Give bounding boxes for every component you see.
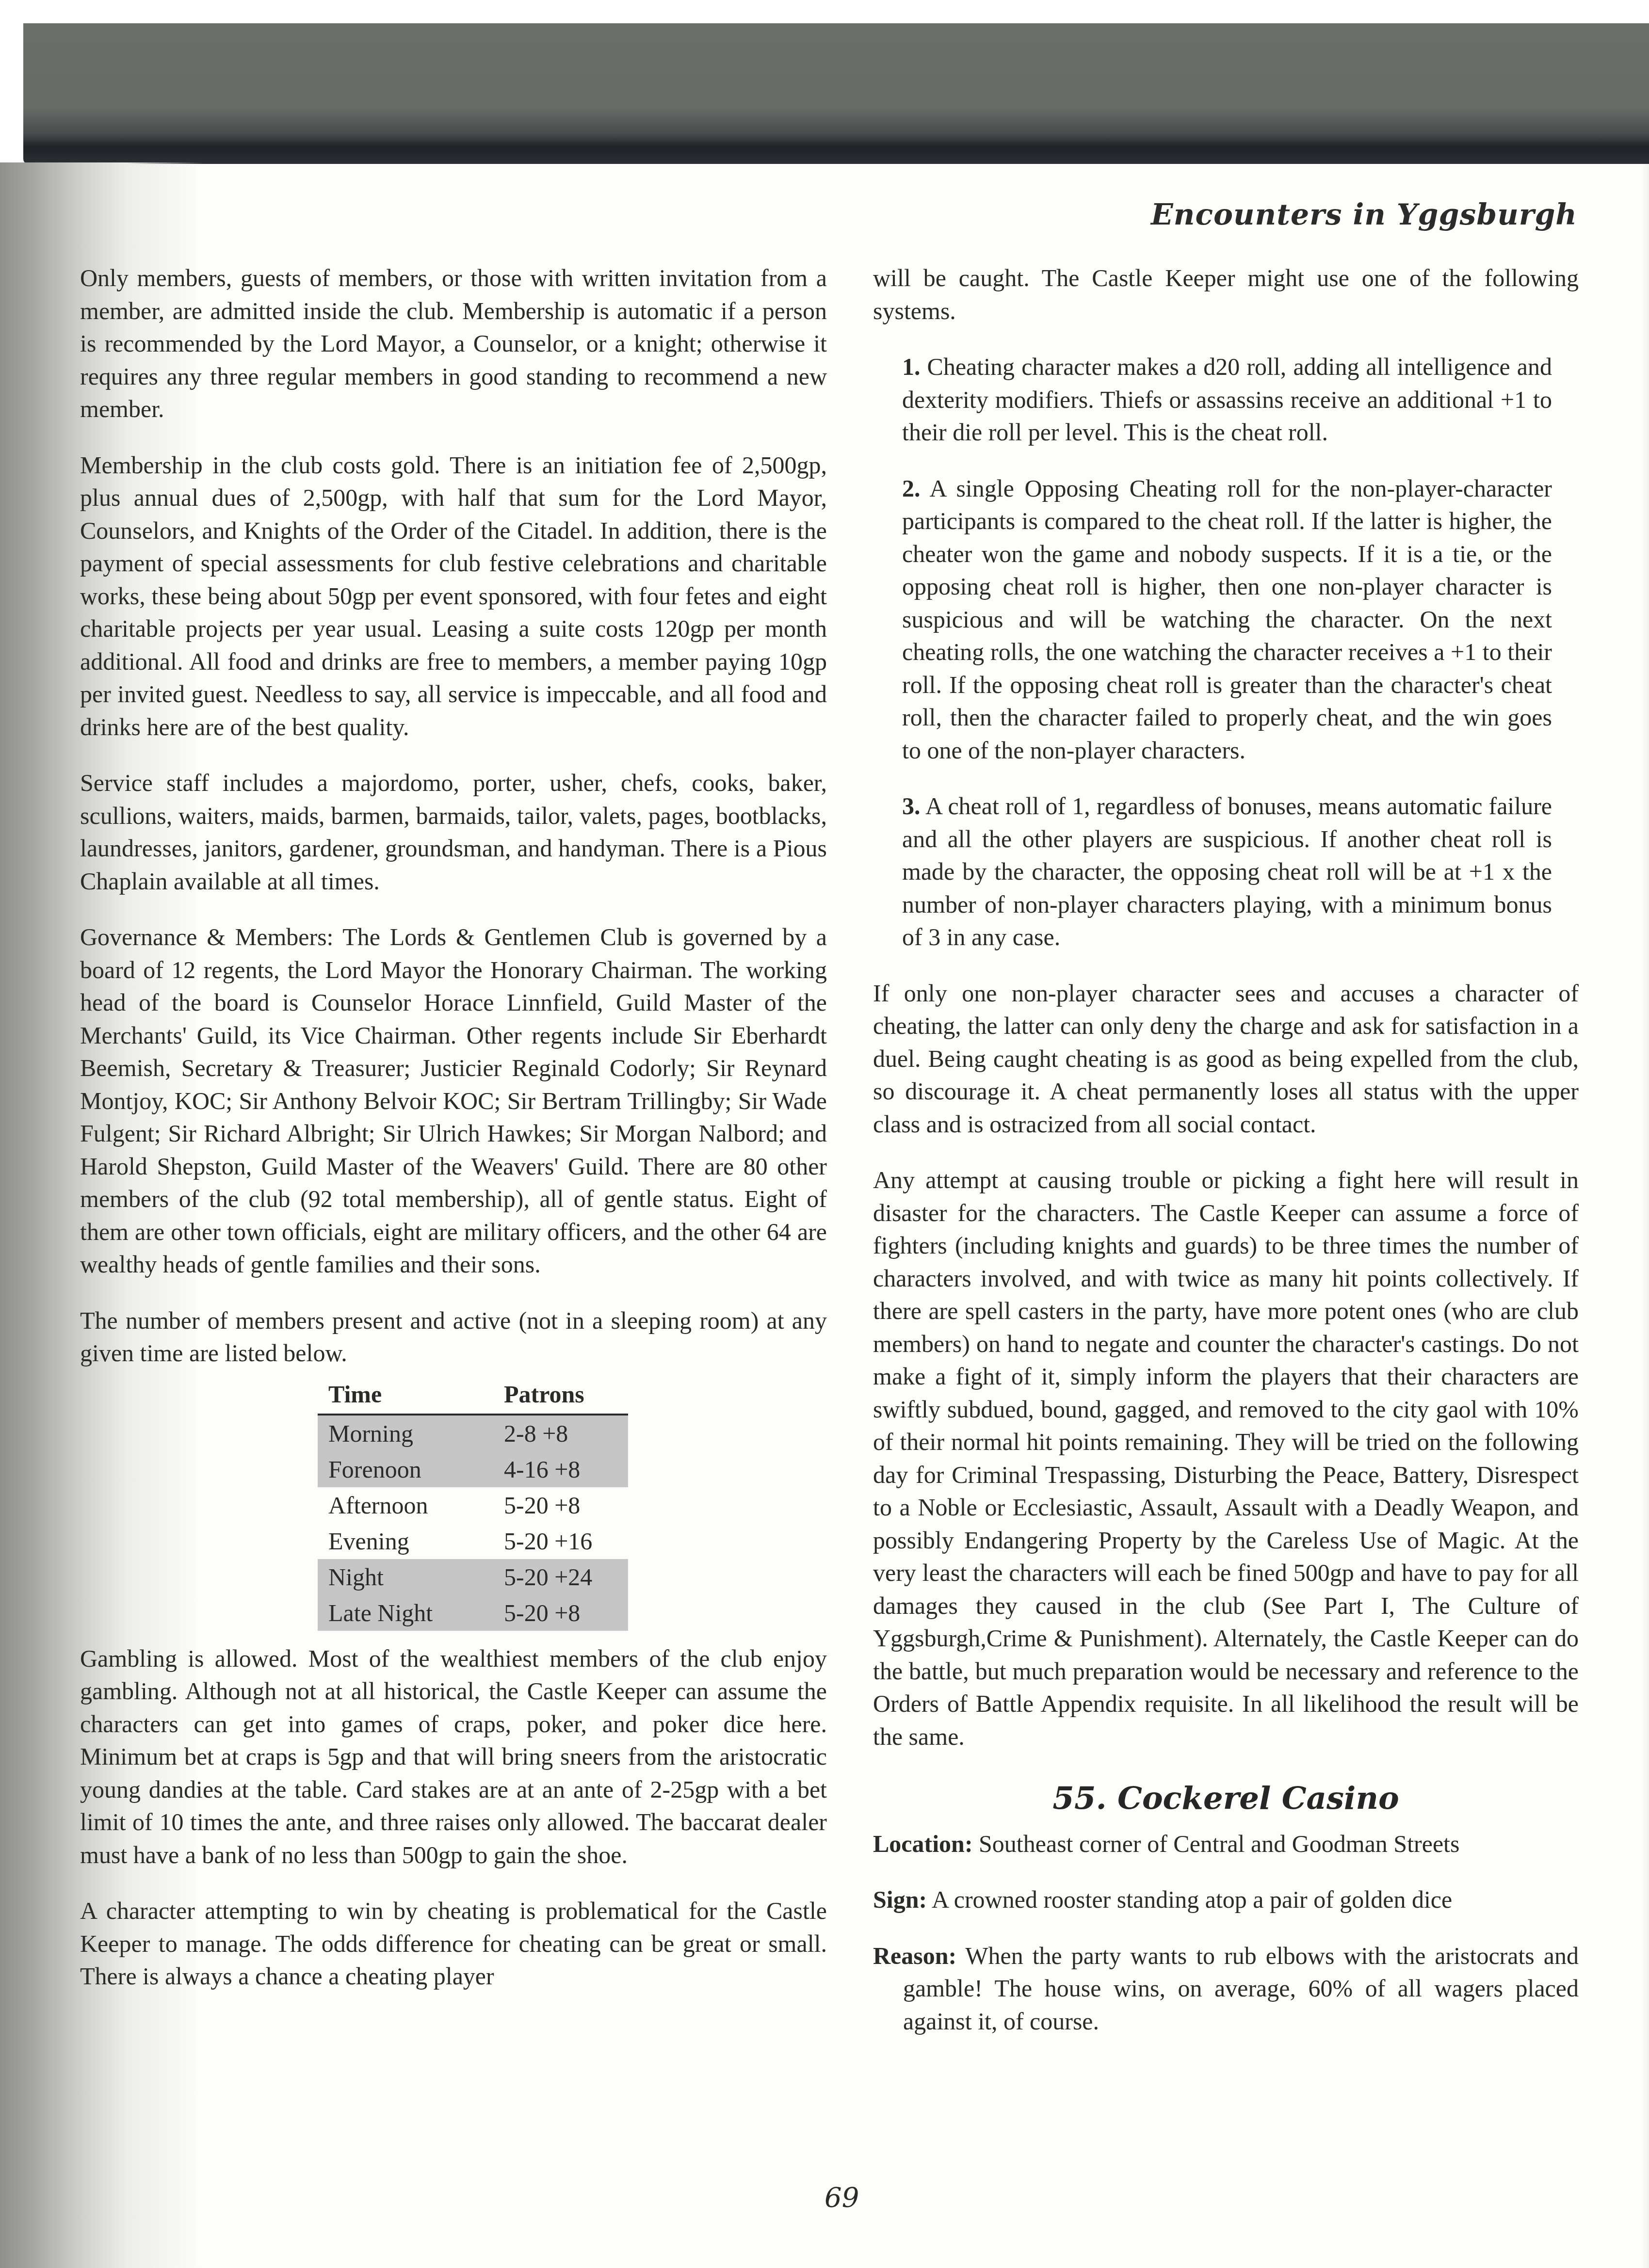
sign-value: A crowned rooster standing atop a pair o… [932, 1886, 1452, 1913]
paragraph-cheating-intro: A character attempting to win by cheatin… [80, 1895, 827, 1993]
cell-patrons: 5-20 +8 [493, 1487, 628, 1523]
column-header-time: Time [318, 1380, 493, 1415]
patrons-table-container: Time Patrons Morning 2-8 +8 Forenoon 4-1… [318, 1380, 628, 1631]
paragraph-admission: Only members, guests of members, or thos… [80, 262, 827, 426]
section-heading: 55. Cockerel Casino [873, 1782, 1579, 1815]
running-head: Encounters in Yggsburgh [1151, 198, 1577, 232]
list-item-text: A single Opposing Cheating roll for the … [902, 475, 1552, 764]
list-item: 1. Cheating character makes a d20 roll, … [902, 351, 1552, 449]
reason-label: Reason: [873, 1942, 956, 1969]
location-field: Location: Southeast corner of Central an… [873, 1828, 1579, 1861]
left-column: Only members, guests of members, or thos… [80, 262, 827, 2016]
list-item-text: A cheat roll of 1, regardless of bonuses… [902, 792, 1552, 950]
page-edge [1641, 162, 1649, 2268]
cell-time: Morning [318, 1415, 493, 1451]
cheating-systems-list: 1. Cheating character makes a d20 roll, … [873, 351, 1579, 954]
cell-patrons: 5-20 +16 [493, 1523, 628, 1559]
paragraph-accusation: If only one non-player character sees an… [873, 977, 1579, 1141]
list-item-number: 1. [902, 353, 921, 380]
table-row: Evening 5-20 +16 [318, 1523, 628, 1559]
reason-value: When the party wants to rub elbows with … [903, 1942, 1579, 2035]
cell-time: Night [318, 1559, 493, 1595]
paragraph-members-present: The number of members present and active… [80, 1304, 827, 1370]
table-row: Forenoon 4-16 +8 [318, 1451, 628, 1487]
list-item-number: 2. [902, 475, 921, 502]
paragraph-gambling: Gambling is allowed. Most of the wealthi… [80, 1642, 827, 1872]
table-header-row: Time Patrons [318, 1380, 628, 1415]
table-row: Afternoon 5-20 +8 [318, 1487, 628, 1523]
column-header-patrons: Patrons [493, 1380, 628, 1415]
cell-patrons: 5-20 +24 [493, 1559, 628, 1595]
paragraph-trouble: Any attempt at causing trouble or pickin… [873, 1164, 1579, 1753]
table-row: Late Night 5-20 +8 [318, 1595, 628, 1631]
list-item-text: Cheating character makes a d20 roll, add… [902, 353, 1552, 446]
paragraph-cheating-systems-intro: will be caught. The Castle Keeper might … [873, 262, 1579, 327]
list-item: 3. A cheat roll of 1, regardless of bonu… [902, 790, 1552, 954]
sign-field: Sign: A crowned rooster standing atop a … [873, 1883, 1579, 1916]
scanner-lid-shadow [23, 23, 1649, 164]
paragraph-governance: Governance & Members: The Lords & Gentle… [80, 921, 827, 1281]
cell-patrons: 4-16 +8 [493, 1451, 628, 1487]
list-item-number: 3. [902, 792, 921, 820]
cell-time: Late Night [318, 1595, 493, 1631]
location-label: Location: [873, 1830, 973, 1857]
cell-patrons: 5-20 +8 [493, 1595, 628, 1631]
patrons-table: Time Patrons Morning 2-8 +8 Forenoon 4-1… [318, 1380, 628, 1631]
paragraph-service-staff: Service staff includes a majordomo, port… [80, 767, 827, 898]
sign-label: Sign: [873, 1886, 927, 1913]
location-value: Southeast corner of Central and Goodman … [979, 1830, 1459, 1857]
page-number: 69 [824, 2182, 859, 2214]
paragraph-membership-costs: Membership in the club costs gold. There… [80, 449, 827, 744]
cell-time: Afternoon [318, 1487, 493, 1523]
table-row: Morning 2-8 +8 [318, 1415, 628, 1451]
cell-time: Forenoon [318, 1451, 493, 1487]
table-row: Night 5-20 +24 [318, 1559, 628, 1595]
cell-patrons: 2-8 +8 [493, 1415, 628, 1451]
reason-field: Reason: When the party wants to rub elbo… [873, 1940, 1579, 2038]
list-item: 2. A single Opposing Cheating roll for t… [902, 472, 1552, 767]
cell-time: Evening [318, 1523, 493, 1559]
right-column: will be caught. The Castle Keeper might … [873, 262, 1579, 2061]
